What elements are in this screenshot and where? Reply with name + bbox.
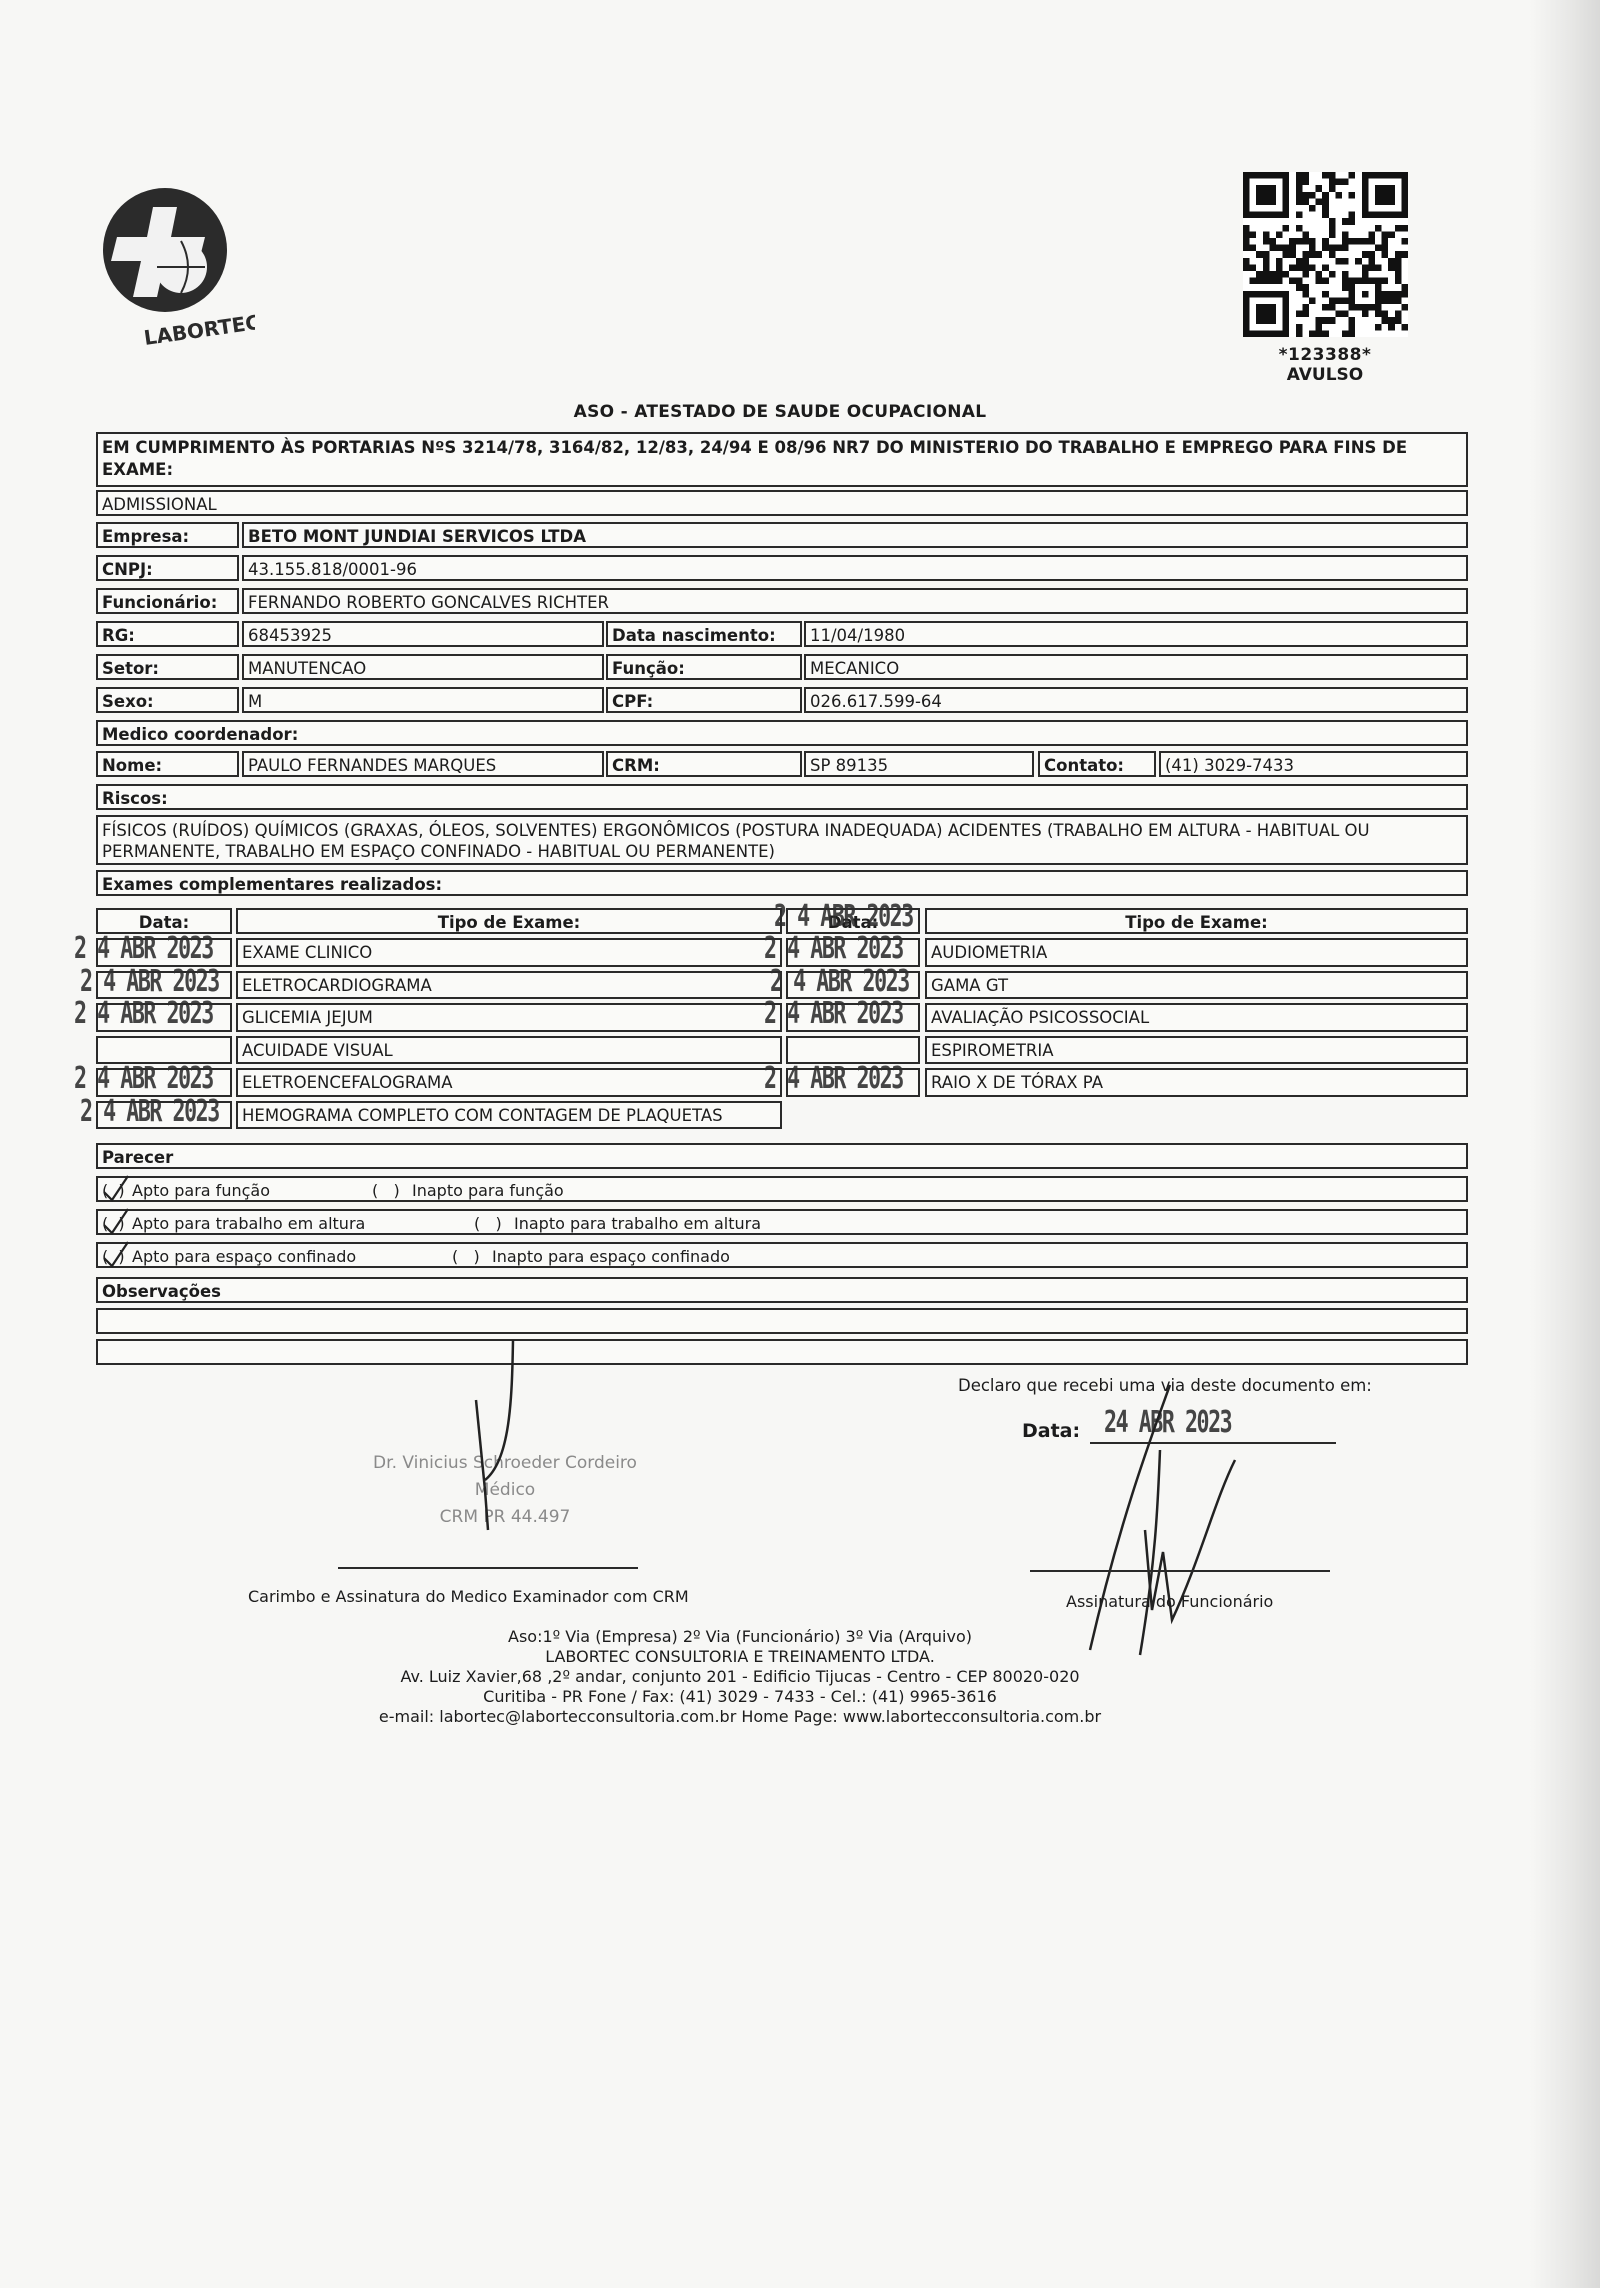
exam-type-cell: ACUIDADE VISUAL — [236, 1036, 782, 1065]
exam-type-cell: HEMOGRAMA COMPLETO COM CONTAGEM DE PLAQU… — [236, 1101, 782, 1130]
coordinator-crm-label: CRM: — [606, 751, 802, 777]
risks-text: FÍSICOS (RUÍDOS) QUÍMICOS (GRAXAS, ÓLEOS… — [96, 815, 1468, 865]
exams-label: Exames complementares realizados: — [96, 870, 1468, 896]
document-title: ASO - ATESTADO DE SAUDE OCUPACIONAL — [0, 402, 1560, 422]
funcionario-value: FERNANDO ROBERTO GONCALVES RICHTER — [242, 588, 1468, 614]
doctor-signature-caption: Carimbo e Assinatura do Medico Examinado… — [248, 1587, 689, 1606]
document-number: *123388* — [1240, 345, 1410, 365]
exam-type: ADMISSIONAL — [96, 490, 1468, 516]
setor-label: Setor: — [96, 654, 239, 680]
employee-signature-caption: Assinatura do Funcionário — [1066, 1592, 1273, 1611]
exams-type-header: Tipo de Exame: — [236, 908, 782, 934]
observacoes-line-1[interactable] — [96, 1308, 1468, 1334]
coordinator-contato-value: (41) 3029-7433 — [1159, 751, 1468, 777]
svg-text:LABORTEC: LABORTEC — [142, 310, 255, 350]
footer-company: LABORTEC CONSULTORIA E TREINAMENTO LTDA. — [300, 1647, 1180, 1667]
coordinator-section-label: Medico coordenador: — [96, 720, 1468, 746]
exam-date-cell: 24 ABR 2023 — [96, 1068, 232, 1097]
labortec-logo: LABORTEC — [95, 185, 255, 350]
exam-type-cell: RAIO X DE TÓRAX PA — [925, 1068, 1468, 1097]
exams-date-header: Data: — [786, 908, 920, 934]
footer: Aso:1º Via (Empresa) 2º Via (Funcionário… — [300, 1627, 1180, 1727]
inapto-label: Inapto para trabalho em altura — [514, 1214, 761, 1233]
exam-type-cell: GLICEMIA JEJUM — [236, 1003, 782, 1032]
check-mark-icon — [100, 1205, 130, 1235]
exam-date-cell: 24 ABR 2023 — [96, 1101, 232, 1130]
cross-globe-logo-icon: LABORTEC — [95, 185, 255, 350]
cnpj-label: CNPJ: — [96, 555, 239, 581]
exam-date-cell: 24 ABR 2023 — [786, 971, 920, 1000]
empresa-value: BETO MONT JUNDIAI SERVICOS LTDA — [242, 522, 1468, 548]
parecer-row: ( )Apto para trabalho em altura( )Inapto… — [96, 1209, 1468, 1235]
exam-type-cell: ELETROENCEFALOGRAMA — [236, 1068, 782, 1097]
coordinator-nome-value: PAULO FERNANDES MARQUES — [242, 751, 604, 777]
apto-label: Apto para trabalho em altura — [132, 1214, 365, 1233]
exam-date-cell — [786, 1036, 920, 1065]
exam-date-cell: 24 ABR 2023 — [96, 938, 232, 967]
exams-type-header: Tipo de Exame: — [925, 908, 1468, 934]
exam-date-cell: 24 ABR 2023 — [786, 1068, 920, 1097]
check-mark-icon — [100, 1172, 130, 1202]
header-notice: EM CUMPRIMENTO ÀS PORTARIAS NºS 3214/78,… — [96, 432, 1468, 487]
sexo-value: M — [242, 687, 604, 713]
document-type: AVULSO — [1240, 365, 1410, 385]
footer-address: Av. Luiz Xavier,68 ,2º andar, conjunto 2… — [300, 1667, 1180, 1687]
exam-date-cell — [96, 1036, 232, 1065]
employee-signature — [1060, 1380, 1300, 1660]
parecer-row: ( )Apto para função( )Inapto para função — [96, 1176, 1468, 1202]
scan-shadow — [1530, 0, 1600, 2288]
inapto-checkbox[interactable]: ( ) — [474, 1214, 502, 1233]
exams-date-header: Data: — [96, 908, 232, 934]
inapto-checkbox[interactable]: ( ) — [372, 1181, 400, 1200]
exam-type-cell: EXAME CLINICO — [236, 938, 782, 967]
exam-type-cell: ESPIROMETRIA — [925, 1036, 1468, 1065]
apto-label: Apto para espaço confinado — [132, 1247, 356, 1266]
nascimento-label: Data nascimento: — [606, 621, 802, 647]
observacoes-label: Observações — [96, 1277, 1468, 1303]
empresa-label: Empresa: — [96, 522, 239, 548]
exam-type-cell: ELETROCARDIOGRAMA — [236, 971, 782, 1000]
coordinator-contato-label: Contato: — [1038, 751, 1156, 777]
funcionario-label: Funcionário: — [96, 588, 239, 614]
coordinator-crm-value: SP 89135 — [804, 751, 1034, 777]
setor-value: MANUTENCAO — [242, 654, 604, 680]
footer-copies: Aso:1º Via (Empresa) 2º Via (Funcionário… — [300, 1627, 1180, 1647]
employee-signature-line — [1030, 1570, 1330, 1572]
exam-type-cell: GAMA GT — [925, 971, 1468, 1000]
cnpj-value: 43.155.818/0001-96 — [242, 555, 1468, 581]
footer-city-phone: Curitiba - PR Fone / Fax: (41) 3029 - 74… — [300, 1687, 1180, 1707]
doctor-signature — [460, 1340, 540, 1540]
check-mark-icon — [100, 1238, 130, 1268]
funcao-value: MECANICO — [804, 654, 1468, 680]
doctor-signature-line — [338, 1567, 638, 1569]
qr-code-icon — [1243, 172, 1408, 337]
exam-date-cell: 24 ABR 2023 — [96, 971, 232, 1000]
observacoes-line-2[interactable] — [96, 1339, 1468, 1365]
coordinator-nome-label: Nome: — [96, 751, 239, 777]
qr-block: *123388* AVULSO — [1240, 172, 1410, 385]
apto-label: Apto para função — [132, 1181, 270, 1200]
exam-type-cell: AUDIOMETRIA — [925, 938, 1468, 967]
inapto-label: Inapto para função — [412, 1181, 564, 1200]
rg-label: RG: — [96, 621, 239, 647]
exam-type-cell: AVALIAÇÃO PSICOSSOCIAL — [925, 1003, 1468, 1032]
inapto-label: Inapto para espaço confinado — [492, 1247, 730, 1266]
nascimento-value: 11/04/1980 — [804, 621, 1468, 647]
sexo-label: Sexo: — [96, 687, 239, 713]
parecer-row: ( )Apto para espaço confinado( )Inapto p… — [96, 1242, 1468, 1268]
rg-value: 68453925 — [242, 621, 604, 647]
cpf-value: 026.617.599-64 — [804, 687, 1468, 713]
cpf-label: CPF: — [606, 687, 802, 713]
parecer-label: Parecer — [96, 1143, 1468, 1169]
exam-date-cell: 24 ABR 2023 — [96, 1003, 232, 1032]
exam-date-cell: 24 ABR 2023 — [786, 938, 920, 967]
funcao-label: Função: — [606, 654, 802, 680]
footer-contact[interactable]: e-mail: labortec@labortecconsultoria.com… — [300, 1707, 1180, 1727]
risks-label: Riscos: — [96, 784, 1468, 810]
inapto-checkbox[interactable]: ( ) — [452, 1247, 480, 1266]
exam-date-cell: 24 ABR 2023 — [786, 1003, 920, 1032]
